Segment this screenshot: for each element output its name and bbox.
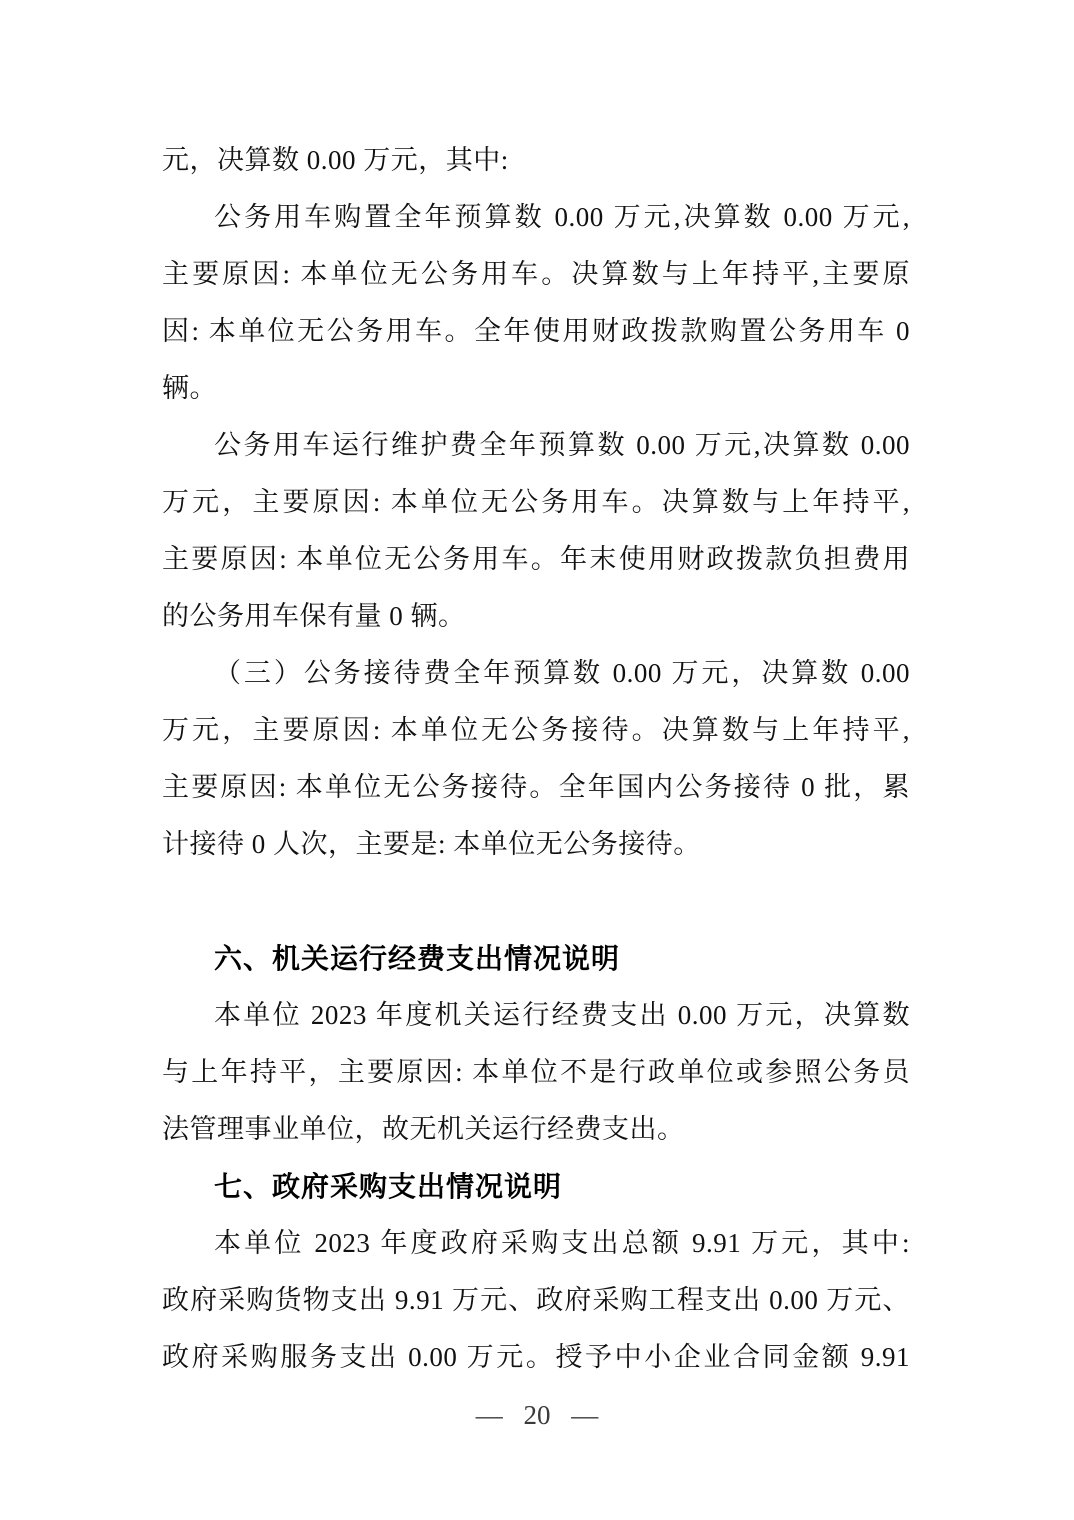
- reception-line-2: 万元，主要原因: 本单位无公务接待。决算数与上年持平,: [162, 702, 910, 759]
- vehicle-maintenance-line-4: 的公务用车保有量 0 辆。: [162, 588, 910, 645]
- blank-line: [162, 873, 910, 930]
- vehicle-maintenance-line-3: 主要原因: 本单位无公务用车。年末使用财政拨款负担费用: [162, 531, 910, 588]
- vehicle-purchase-line-2: 主要原因: 本单位无公务用车。决算数与上年持平,主要原: [162, 246, 910, 303]
- reception-line-4: 计接待 0 人次，主要是: 本单位无公务接待。: [162, 816, 910, 873]
- vehicle-maintenance-line-1: 公务用车运行维护费全年预算数 0.00 万元,决算数 0.00: [162, 417, 910, 474]
- document-page: 元，决算数 0.00 万元，其中: 公务用车购置全年预算数 0.00 万元,决算…: [0, 0, 1074, 1520]
- section-seven-line-1: 本单位 2023 年度政府采购支出总额 9.91 万元，其中:: [162, 1215, 910, 1272]
- vehicle-purchase-line-1: 公务用车购置全年预算数 0.00 万元,决算数 0.00 万元,: [162, 189, 910, 246]
- section-six-heading: 六、机关运行经费支出情况说明: [162, 930, 910, 987]
- section-seven-heading: 七、政府采购支出情况说明: [162, 1158, 910, 1215]
- section-six-line-1: 本单位 2023 年度机关运行经费支出 0.00 万元，决算数: [162, 987, 910, 1044]
- vehicle-purchase-line-3: 因: 本单位无公务用车。全年使用财政拨款购置公务用车 0: [162, 303, 910, 360]
- document-text-column: 元，决算数 0.00 万元，其中: 公务用车购置全年预算数 0.00 万元,决算…: [162, 132, 910, 1386]
- page-number-footer: — 20 —: [0, 1400, 1074, 1431]
- vehicle-maintenance-line-2: 万元，主要原因: 本单位无公务用车。决算数与上年持平,: [162, 474, 910, 531]
- reception-line-3: 主要原因: 本单位无公务接待。全年国内公务接待 0 批，累: [162, 759, 910, 816]
- section-seven-line-3: 政府采购服务支出 0.00 万元。授予中小企业合同金额 9.91: [162, 1329, 910, 1386]
- section-seven-line-2: 政府采购货物支出 9.91 万元、政府采购工程支出 0.00 万元、: [162, 1272, 910, 1329]
- section-six-line-2: 与上年持平，主要原因: 本单位不是行政单位或参照公务员: [162, 1044, 910, 1101]
- section-six-line-3: 法管理事业单位，故无机关运行经费支出。: [162, 1101, 910, 1158]
- carryover-line: 元，决算数 0.00 万元，其中:: [162, 132, 910, 189]
- vehicle-purchase-line-4: 辆。: [162, 360, 910, 417]
- reception-line-1: （三）公务接待费全年预算数 0.00 万元，决算数 0.00: [162, 645, 910, 702]
